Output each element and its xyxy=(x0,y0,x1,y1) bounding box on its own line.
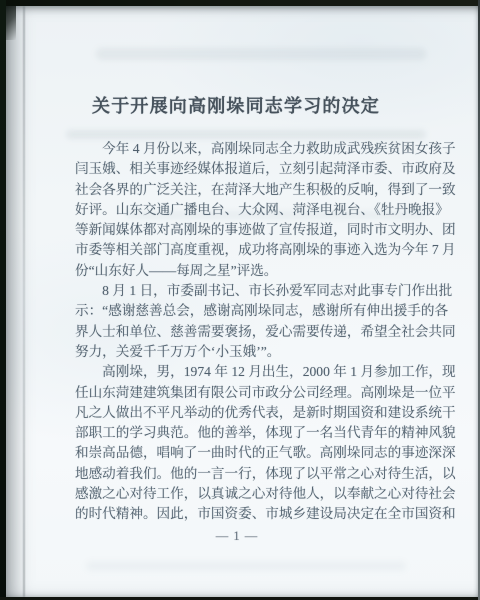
bleedthrough-smudge xyxy=(86,561,406,571)
document-title: 关于开展向高刚垛同志学习的决定 xyxy=(6,92,466,118)
scanner-edge-left xyxy=(0,0,6,600)
body-line: 地感动着我们。他的一言一行，体现了以平常之心对待生活，以 xyxy=(75,464,447,484)
bleedthrough-smudge xyxy=(66,130,426,139)
body-line: 示：“感谢慈善总会，感谢高刚垛同志，感谢所有伸出援手的各 xyxy=(75,301,447,321)
body-line: 社会各界的广泛关注，在菏泽大地产生积极的反响，得到了一致 xyxy=(75,180,447,200)
document-page: 关于开展向高刚垛同志学习的决定 今年 4 月份以来，高刚垛同志全力救助成武残疾贫… xyxy=(6,6,478,597)
body-line: 凡之人做出不平凡举动的优秀代表，是新时期国资和建设系统干 xyxy=(75,403,447,423)
scanned-document-photo: 关于开展向高刚垛同志学习的决定 今年 4 月份以来，高刚垛同志全力救助成武残疾贫… xyxy=(0,0,480,600)
body-line: 好评。山东交通广播电台、大众网、菏泽电视台、《牡丹晚报》 xyxy=(75,200,447,220)
body-line: 的时代精神。因此，市国资委、市城乡建设局决定在全市国资和 xyxy=(75,504,447,524)
scanner-edge-top xyxy=(0,0,480,6)
body-line: 和崇高品德，唱响了一曲时代的正气歌。高刚垛同志的事迹深深 xyxy=(75,443,447,463)
document-body: 今年 4 月份以来，高刚垛同志全力救助成武残疾贫困女孩子闫玉娥、相关事迹经媒体报… xyxy=(75,139,447,525)
body-line: 感激之心对待工作，以真诚之心对待他人，以奉献之心对待社会 xyxy=(75,484,447,504)
body-line: 部职工的学习典范。他的善举，体现了一名当代青年的精神风貌 xyxy=(75,423,447,443)
body-line: 8 月 1 日，市委副书记、市长孙爱军同志对此事专门作出批 xyxy=(75,281,447,301)
body-line: 闫玉娥、相关事迹经媒体报道后，立刻引起菏泽市委、市政府及 xyxy=(75,159,447,179)
body-line: 界人士和单位、慈善需要褒扬，爱心需要传递，希望全社会共同 xyxy=(75,322,447,342)
body-line: 今年 4 月份以来，高刚垛同志全力救助成武残疾贫困女孩子 xyxy=(75,139,447,159)
body-line: 等新闻媒体都对高刚垛的事迹做了宣传报道，同时市文明办、团 xyxy=(75,220,447,240)
body-line: 份“山东好人——每周之星”评选。 xyxy=(75,261,447,281)
body-line: 市委等相关部门高度重视，成功将高刚垛的事迹入选为今年 7 月 xyxy=(75,240,447,260)
body-line: 高刚垛，男，1974 年 12 月出生，2000 年 1 月参加工作，现 xyxy=(75,362,447,382)
bleedthrough-smudge xyxy=(96,48,426,60)
body-line: 任山东菏建建筑集团有限公司市政分公司经理。高刚垛是一位平 xyxy=(75,383,447,403)
page-number: — 1 — xyxy=(6,529,468,544)
body-line: 努力，关爱千千万万个‘小玉娥’”。 xyxy=(75,342,447,362)
